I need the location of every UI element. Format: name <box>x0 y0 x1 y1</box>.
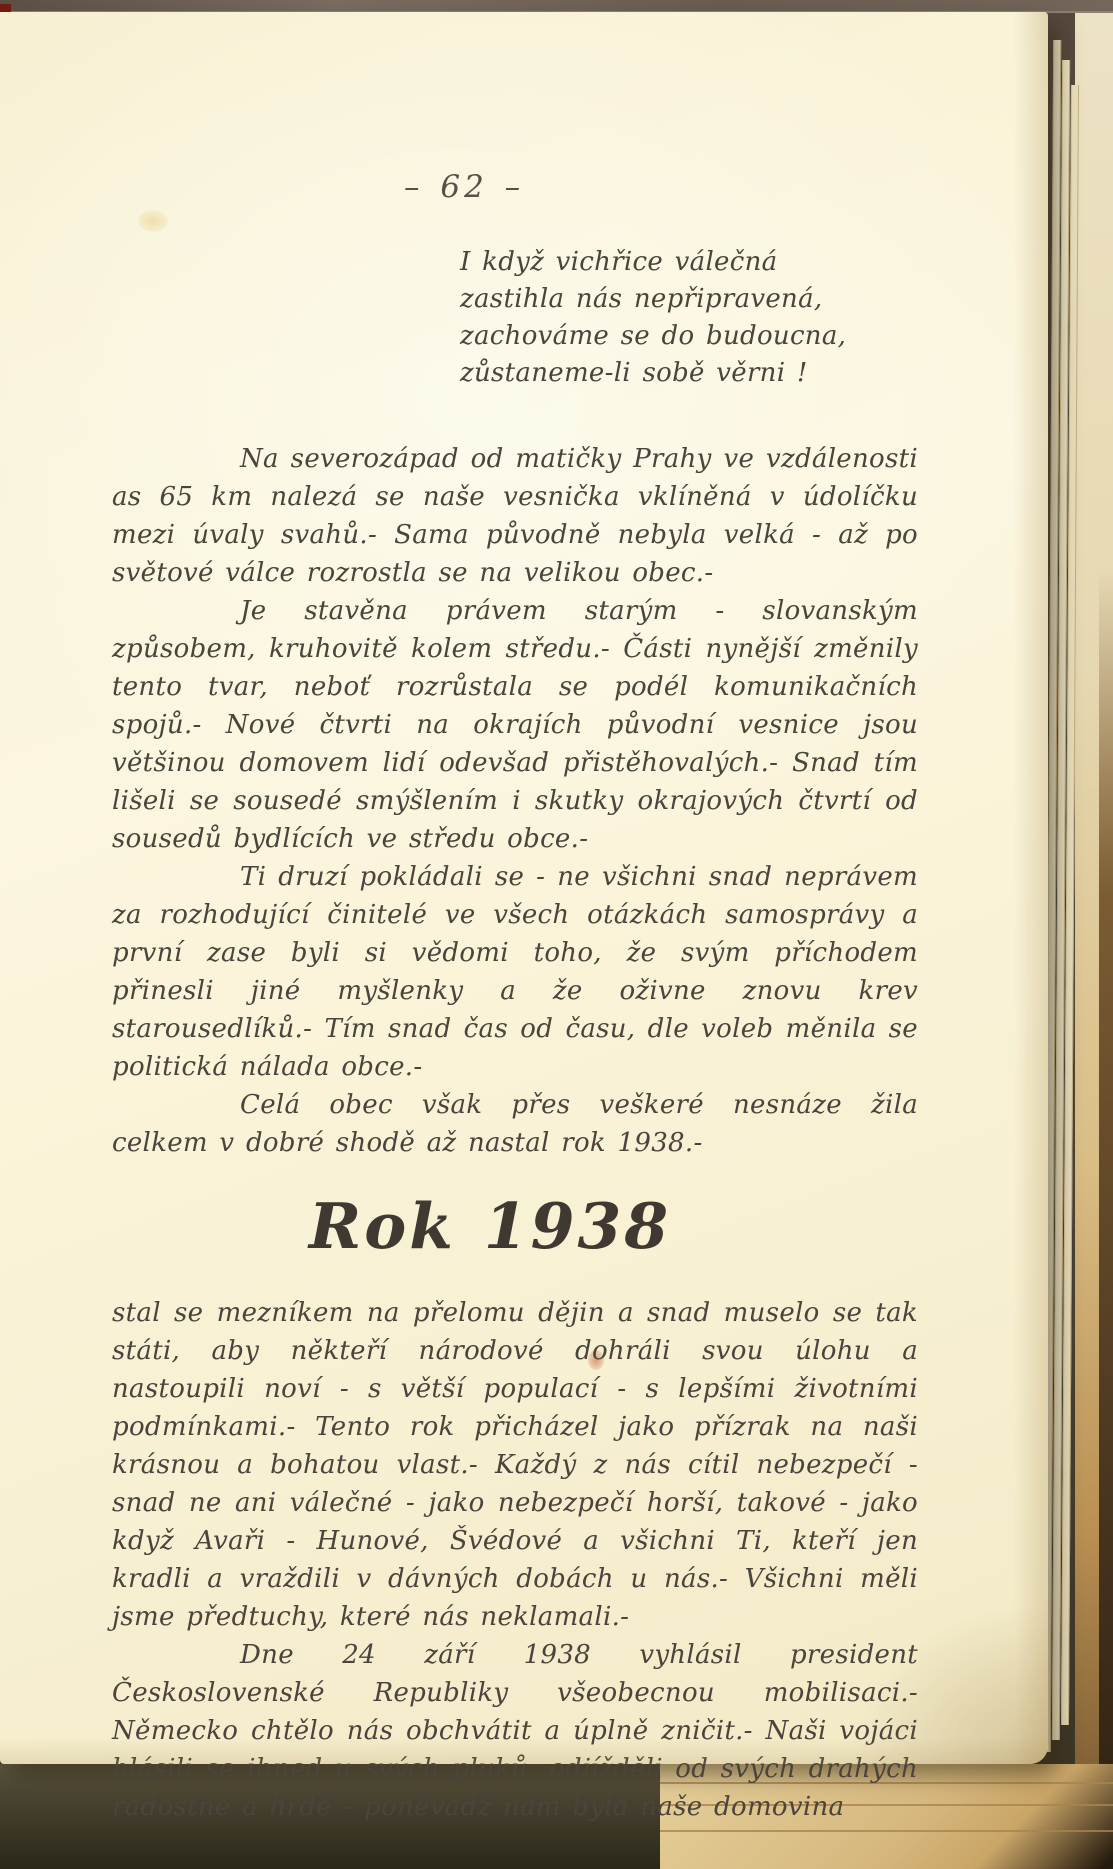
motto-line-4: zůstaneme-li sobě věrni ! <box>460 355 918 392</box>
page-edge-line <box>660 1830 1113 1832</box>
motto: I když vichřice válečná zastihla nás nep… <box>460 244 918 392</box>
motto-line-2: zastihla nás nepřipravená, <box>460 281 918 318</box>
handwritten-text-column: – 62 – I když vichřice válečná zastihla … <box>112 168 918 1826</box>
year-heading: Rok 1938 <box>112 1174 868 1278</box>
book-pages-right-band <box>1075 13 1113 1869</box>
paragraph-harmony: Celá obec však přes veškeré nesnáze žila… <box>112 1086 918 1162</box>
paragraph-year-1938: stal se mezníkem na přelomu dějin a snad… <box>112 1294 918 1636</box>
paragraph-mobilisation: Dne 24 září 1938 vyhlásil president Česk… <box>112 1636 918 1826</box>
motto-line-1: I když vichřice válečná <box>460 244 918 281</box>
motto-line-3: zachováme se do budoucna, <box>460 318 918 355</box>
paragraph-village-location: Na severozápad od matičky Prahy ve vzdál… <box>112 440 918 592</box>
paragraph-villagers: Ti druzí pokládali se - ne všichni snad … <box>112 858 918 1086</box>
page-number: – 62 – <box>404 168 918 206</box>
chronicle-page: – 62 – I když vichřice válečná zastihla … <box>0 12 1048 1764</box>
paragraph-village-layout: Je stavěna právem starým - slovanským zp… <box>112 592 918 858</box>
book-scan: – 62 – I když vichřice válečná zastihla … <box>0 0 1113 1869</box>
